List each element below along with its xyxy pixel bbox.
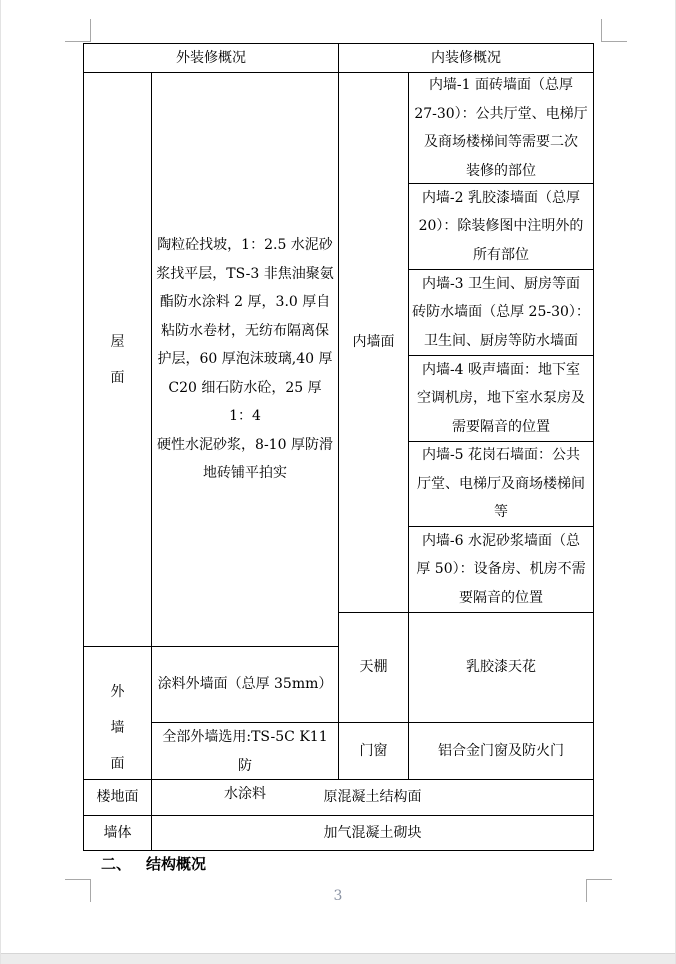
floor-content: 原混凝土结构面 — [152, 780, 593, 815]
document-page: 外装修概况 内装修概况 屋 面 陶粒砼找坡，1：2.5 水泥砂 浆找平层，TS-… — [0, 0, 676, 964]
interior-section: 内墙面 内墙-1 面砖墙面（总厚 27-30）：公共厅堂、电梯厅 及商场楼梯间等… — [339, 73, 593, 779]
exterior-wall-coating-cell: 涂料外墙面（总厚 35mm） — [152, 647, 338, 723]
wall-body-content: 加气混凝土砌块 — [152, 816, 593, 850]
roof-label: 屋 面 — [84, 73, 152, 646]
interior-wall-rows: 内墙面 内墙-1 面砖墙面（总厚 27-30）：公共厅堂、电梯厅 及商场楼梯间等… — [339, 73, 593, 613]
exterior-decoration-header: 外装修概况 — [84, 44, 339, 72]
floor-row: 楼地面 原混凝土结构面 — [84, 780, 593, 816]
roof-spec-text: 陶粒砼找坡，1：2.5 水泥砂 浆找平层，TS-3 非焦油聚氨 酯防水涂料 2 … — [152, 73, 338, 646]
doors-windows-label: 门窗 — [339, 723, 409, 779]
decoration-overview-table: 外装修概况 内装修概况 屋 面 陶粒砼找坡，1：2.5 水泥砂 浆找平层，TS-… — [83, 43, 594, 851]
page-number: 3 — [1, 888, 675, 904]
exterior-section: 屋 面 陶粒砼找坡，1：2.5 水泥砂 浆找平层，TS-3 非焦油聚氨 酯防水涂… — [84, 73, 339, 779]
table-body: 屋 面 陶粒砼找坡，1：2.5 水泥砂 浆找平层，TS-3 非焦油聚氨 酯防水涂… — [84, 73, 593, 780]
section-heading-title: 结构概况 — [146, 853, 206, 874]
roof-row: 屋 面 陶粒砼找坡，1：2.5 水泥砂 浆找平层，TS-3 非焦油聚氨 酯防水涂… — [84, 73, 338, 647]
interior-wall-cell-6: 内墙-6 水泥砂浆墙面（总 厚 50）：设备房、机房不需 要隔音的位置 — [409, 527, 593, 612]
interior-wall-label: 内墙面 — [339, 73, 409, 612]
wall-body-label: 墙体 — [84, 816, 152, 850]
interior-wall-cell-4: 内墙-4 吸声墙面：地下室 空调机房，地下室水泵房及 需要隔音的位置 — [409, 356, 593, 442]
section-heading: 二、 结构概况 — [101, 853, 206, 874]
interior-wall-cell-1: 内墙-1 面砖墙面（总厚 27-30）：公共厅堂、电梯厅 及商场楼梯间等需要二次… — [409, 73, 593, 184]
interior-wall-cell-stack: 内墙-1 面砖墙面（总厚 27-30）：公共厅堂、电梯厅 及商场楼梯间等需要二次… — [409, 73, 593, 612]
page-bottom-gap — [1, 953, 675, 964]
text-boundary-mark-top-right — [601, 19, 627, 42]
interior-decoration-header: 内装修概况 — [339, 44, 593, 72]
wall-body-row: 墙体 加气混凝土砌块 — [84, 816, 593, 850]
text-boundary-mark-top-left — [65, 19, 91, 42]
ceiling-row: 天棚 乳胶漆天花 — [339, 613, 593, 723]
interior-wall-cell-5: 内墙-5 花岗石墙面：公共 厅堂、电梯厅及商场楼梯间 等 — [409, 442, 593, 527]
ceiling-content: 乳胶漆天花 — [409, 613, 593, 722]
table-header-row: 外装修概况 内装修概况 — [84, 44, 593, 73]
interior-wall-cell-3: 内墙-3 卫生间、厨房等面 砖防水墙面（总厚 25-30）： 卫生间、厨房等防水… — [409, 270, 593, 356]
doors-windows-row: 门窗 铝合金门窗及防火门 — [339, 723, 593, 779]
section-heading-number: 二、 — [101, 853, 131, 874]
doors-windows-content: 铝合金门窗及防火门 — [409, 723, 593, 779]
floor-label: 楼地面 — [84, 780, 152, 815]
interior-wall-cell-2: 内墙-2 乳胶漆墙面（总厚 20）：除装修图中注明外的 所有部位 — [409, 184, 593, 270]
ceiling-label: 天棚 — [339, 613, 409, 722]
